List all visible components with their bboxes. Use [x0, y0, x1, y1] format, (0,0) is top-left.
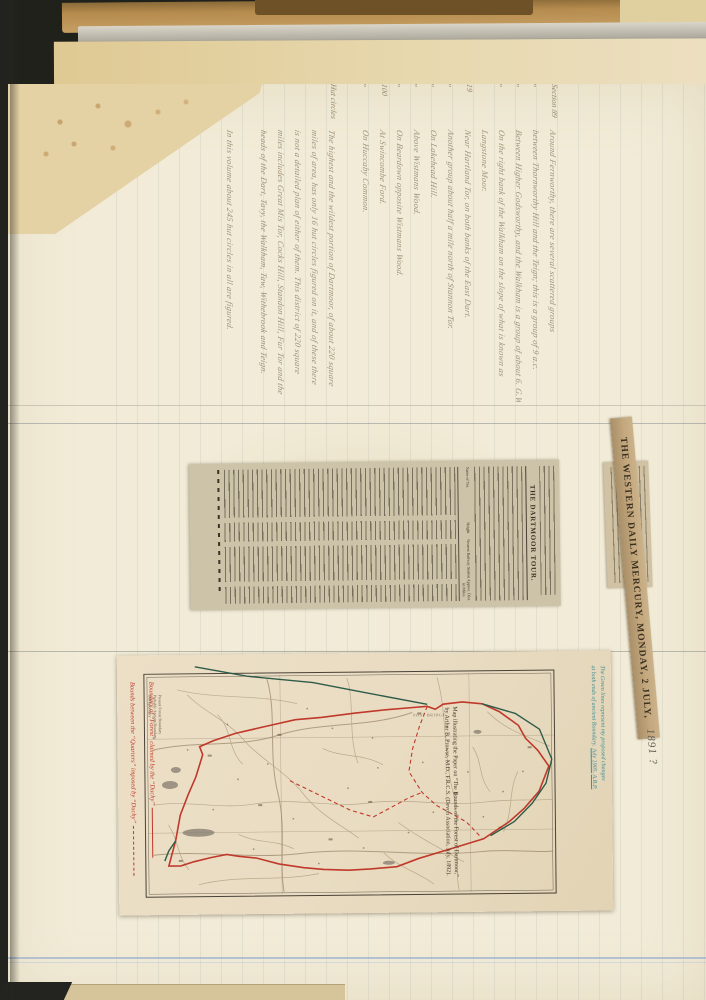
manuscript-margin-label: „ — [444, 84, 461, 131]
manuscript-line: is not a detailed plan of either of them… — [291, 84, 308, 402]
clipping-bottom-ticks — [217, 470, 221, 593]
clipping-intro-text — [472, 466, 524, 601]
column-miles: Approx. Dist. in Miles — [461, 579, 470, 601]
manuscript-margin-label: „ — [410, 84, 427, 131]
manuscript-text: On Beardown opposite Wistmans Wood. — [393, 128, 408, 278]
red-line-sample-dashed — [133, 826, 135, 876]
manuscript-margin-label: „ — [393, 84, 410, 131]
manuscript-text: Another group about half a mile north of… — [444, 128, 459, 331]
manuscript-margin-label: „ — [359, 84, 376, 131]
clipping-headline: THE DARTMOOR TOUR. — [525, 466, 538, 600]
manuscript-line: „Another group about half a mile north o… — [444, 84, 461, 402]
manuscript-text: is not a detailed plan of either of them… — [291, 128, 306, 376]
manuscript-text: At Swincombe Ford. — [376, 128, 391, 206]
manuscript-margin-label: „ — [529, 84, 546, 131]
manuscript-text: On Lakehead Hill. — [427, 128, 442, 200]
column-height: Height — [461, 517, 470, 539]
manuscript-line: „On Huccaby Common. — [359, 84, 376, 402]
manuscript-text: Above Wistmans Wood. — [410, 128, 425, 217]
manuscript-text: Around Fernworthy, there are several sca… — [546, 128, 561, 334]
manuscript-text: Langstone Moor. — [478, 128, 493, 194]
map-printed-legend: Present Forest Boundary Probable Ancient… — [148, 695, 165, 885]
manuscript-text: heads of the Dart, Tavy, the Walkham, Ta… — [257, 128, 272, 376]
manuscript-margin-label: „ — [495, 84, 512, 131]
page-edge-brown-tab — [255, 0, 533, 15]
manuscript-line: 19Near Hartland Tor, on both banks of th… — [461, 84, 478, 402]
map-red-boundary — [167, 701, 550, 872]
column-station: Nearest Railway Station — [461, 539, 471, 579]
manuscript-line — [240, 84, 257, 402]
rule-line-blue — [8, 962, 706, 963]
clipping-dartmoor-tour: THE DARTMOOR TOUR. Name of Tor. Height N… — [189, 460, 561, 611]
manuscript-text: The highest and the wildest portion of D… — [325, 128, 340, 388]
map-frame — [144, 670, 556, 897]
teal-note-line-2: at both ends of ancient Boundary. July 1… — [588, 666, 598, 798]
map-caption: Map illustrating the Paper on “The Bound… — [440, 679, 459, 904]
bottom-page-edge — [55, 984, 345, 1000]
teal-note-line-1: The Green lines represent my proposed ch… — [597, 665, 607, 797]
manuscript-line: 100At Swincombe Ford. — [376, 84, 393, 402]
manuscript-text: between Thornworthy Hill and the Teign; … — [529, 128, 544, 372]
manuscript-line: „On Lakehead Hill. — [427, 84, 444, 402]
manuscript-text: miles includes Great Mis Tor, Cocks Hill… — [274, 128, 289, 396]
rule-line — [8, 423, 706, 424]
manuscript-text: miles of area, has only 16 hut circles f… — [308, 128, 323, 387]
manuscript-margin-label: 19 — [461, 84, 478, 131]
map-paper: POST BRIDGE Map illustrating the Paper o… — [117, 650, 614, 915]
manuscript-text: Between Higher Godsworthy, and the Walkh… — [512, 128, 527, 402]
manuscript-line: „Above Wistmans Wood. — [410, 84, 427, 402]
gutter-shadow — [10, 0, 20, 1000]
column-name-of-tor: Name of Tor. — [460, 467, 470, 517]
manuscript-line: Section 89Around Fernworthy, there are s… — [546, 84, 563, 402]
manuscript-text: On Huccaby Common. — [359, 128, 374, 215]
manuscript-line: In this volume about 245 hut circles in … — [223, 84, 240, 402]
manuscript-line: miles includes Great Mis Tor, Cocks Hill… — [274, 84, 291, 402]
manuscript-margin-label: Section 89 — [546, 84, 563, 131]
manuscript-line: „On the right bank of the Walkham on the… — [495, 84, 512, 402]
manuscript-margin-label: „ — [512, 84, 529, 131]
rule-line-blue — [8, 957, 706, 959]
manuscript-line: „between Thornworthy Hill and the Teign;… — [529, 84, 546, 402]
manuscript-text: In this volume about 245 hut circles in … — [223, 128, 238, 332]
manuscript-line: miles of area, has only 16 hut circles f… — [308, 84, 325, 402]
manuscript-margin-label: 100 — [376, 84, 393, 131]
manuscript-line: „On Beardown opposite Wistmans Wood. — [393, 84, 410, 402]
clipping-preceding-text — [539, 466, 556, 595]
manuscript-line: Langstone Moor. — [478, 84, 495, 402]
map-legend-red-dashed: Bounds between the “Quarters” imposed by… — [125, 682, 140, 888]
map-note-teal: The Green lines represent my proposed ch… — [584, 665, 607, 797]
teal-note-date: July 1905. — [591, 748, 597, 773]
manuscript-notes: Section 89Around Fernworthy, there are s… — [203, 84, 567, 402]
manuscript-line: Hut circlesThe highest and the wildest p… — [325, 84, 342, 402]
map-woodland — [161, 730, 482, 867]
manuscript-text: On the right bank of the Walkham on the … — [495, 128, 510, 378]
manuscript-text: Near Hartland Tor, on both banks of the … — [461, 128, 476, 320]
clipping-table-body — [223, 467, 457, 604]
rule-line — [8, 405, 706, 406]
manuscript-margin-label: „ — [427, 84, 444, 131]
scrapbook-scan: { "page": { "date_annotation": "1891 ?" … — [0, 0, 706, 1000]
manuscript-line: „Between Higher Godsworthy, and the Walk… — [512, 84, 529, 402]
manuscript-line: heads of the Dart, Tavy, the Walkham, Ta… — [257, 84, 274, 402]
dartmoor-map: POST BRIDGE — [117, 650, 614, 915]
manuscript-margin-label: Hut circles — [325, 84, 342, 131]
manuscript-line — [342, 84, 359, 402]
teal-note-initials: A.B.P. — [591, 774, 597, 789]
clipping-table-header: Name of Tor. Height Nearest Railway Stat… — [457, 467, 471, 601]
